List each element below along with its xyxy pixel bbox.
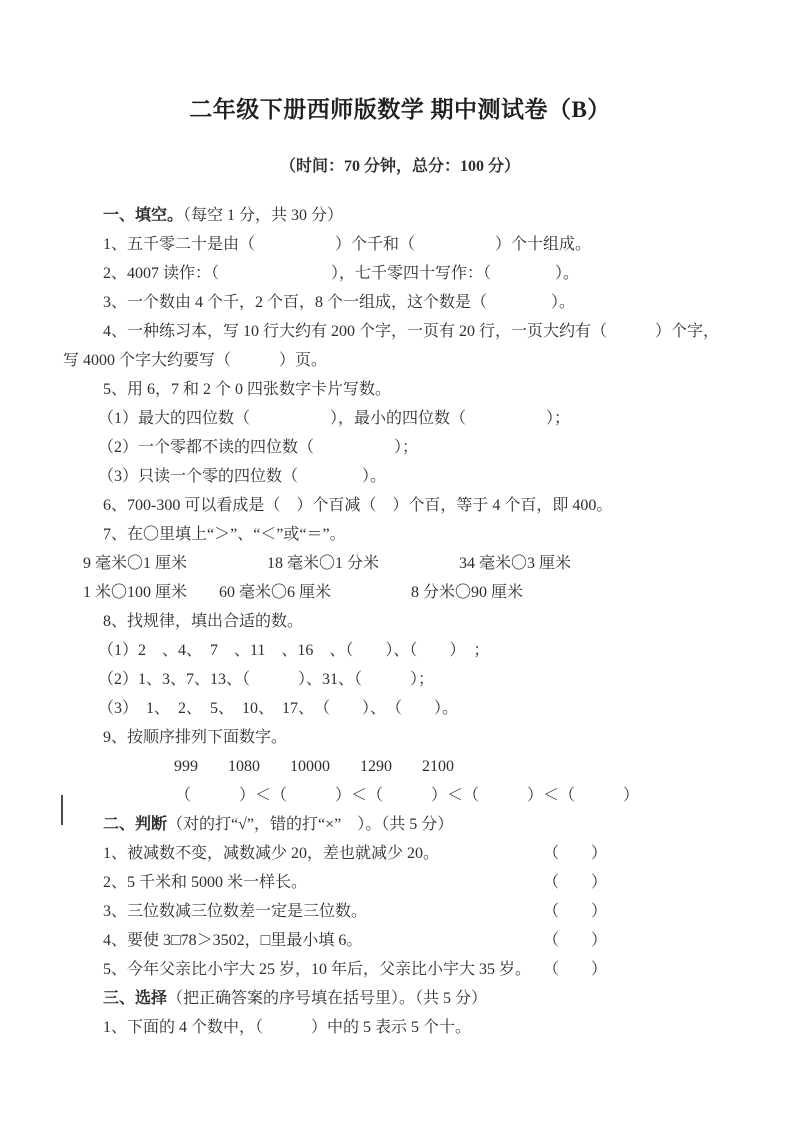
judge-item-4-text: 4、要使 3□78＞3502，□里最小填 6。 (103, 932, 362, 949)
fill-q6-line: 6、700-300 可以看成是（ ）个百减（ ）个百，等于 4 个百，即 400… (63, 491, 737, 520)
judge-item-1-answer-box: （ ） (543, 839, 607, 868)
fill-q8-line: 8、找规律，填出合适的数。 (63, 607, 737, 636)
section-judge-heading-note: （对的打“√”，错的打“×” ）。（共 5 分） (167, 816, 453, 833)
judge-item-5-text: 5、今年父亲比小宇大 25 岁，10 年后，父亲比小宇大 35 岁。 (103, 961, 531, 978)
judge-item-1: 1、被减数不变，减数减少 20，差也就减少 20。（ ） (63, 839, 737, 868)
number-to-sort: 2100 (422, 752, 454, 781)
paper-subtitle: （时间：70 分钟，总分：100 分） (63, 155, 737, 179)
judge-item-2-text: 2、5 千米和 5000 米一样长。 (103, 874, 307, 891)
fill-q4-line1: 4、一种练习本，写 10 行大约有 200 个字，一页有 20 行，一页大约有（… (63, 317, 737, 346)
fill-q8-sub3-line: （3） 1、 2、 5、 10、 17、 （ ）、 （ ）。 (63, 694, 737, 723)
paper-title: 二年级下册西师版数学 期中测试卷（B） (63, 94, 737, 125)
judge-item-4: 4、要使 3□78＞3502，□里最小填 6。（ ） (63, 926, 737, 955)
fill-q5-sub1-line: （1）最大的四位数（ ），最小的四位数（ ）； (63, 404, 737, 433)
number-to-sort: 999 (174, 752, 198, 781)
fill-q7-line: 7、在〇里填上“＞”、“＜”或“＝”。 (63, 520, 737, 549)
fill-q8-sub1-line: （1）2 、4、 7 、11 、16 、（ ）、（ ） ； (63, 636, 737, 665)
judge-item-2: 2、5 千米和 5000 米一样长。（ ） (63, 868, 737, 897)
section-fill-heading-label: 一、填空。 (103, 207, 183, 224)
judge-item-5-answer-box: （ ） (543, 955, 607, 984)
section-fill-heading-note: （每空 1 分，共 30 分） (183, 207, 343, 224)
fill-q7-compare-row1: 9 毫米〇1 厘米 18 毫米〇1 分米 34 毫米〇3 厘米 (63, 549, 737, 578)
fill-q4-line2: 写 4000 个字大约要写（ ）页。 (63, 346, 737, 375)
fill-q7-compare-row2: 1 米〇100 厘米 60 毫米〇6 厘米 8 分米〇90 厘米 (63, 578, 737, 607)
fill-q5-sub2-line: （2）一个零都不读的四位数（ ）； (63, 433, 737, 462)
number-to-sort: 10000 (290, 752, 330, 781)
number-to-sort: 1080 (228, 752, 260, 781)
test-paper-page: 二年级下册西师版数学 期中测试卷（B） （时间：70 分钟，总分：100 分） … (0, 0, 793, 1122)
fill-q9-order-row: （ ）＜（ ）＜（ ）＜（ ）＜（ ） (63, 781, 737, 810)
number-to-sort: 1290 (360, 752, 392, 781)
choice-q1-line: 1、下面的 4 个数中，（ ）中的 5 表示 5 个十。 (63, 1013, 737, 1042)
judge-item-3-answer-box: （ ） (543, 897, 607, 926)
fill-q3-line: 3、一个数由 4 个千，2 个百，8 个一组成，这个数是（ ）。 (63, 288, 737, 317)
section-choice-heading-note: （把正确答案的序号填在括号里）。（共 5 分） (167, 990, 487, 1007)
judge-item-2-answer-box: （ ） (543, 868, 607, 897)
judge-item-4-answer-box: （ ） (543, 926, 607, 955)
section-choice-heading-label: 三、选择 (103, 990, 167, 1007)
section-fill-heading: 一、填空。（每空 1 分，共 30 分） (63, 201, 737, 230)
fill-q9-line: 9、按顺序排列下面数字。 (63, 723, 737, 752)
fill-q9-numbers-row: 99910801000012902100 (63, 752, 737, 781)
judge-item-3-text: 3、三位数减三位数差一定是三位数。 (103, 903, 367, 920)
fill-q5-sub3-line: （3）只读一个零的四位数（ ）。 (63, 462, 737, 491)
fill-q2-line: 2、4007 读作：（ ），七千零四十写作：（ ）。 (63, 259, 737, 288)
fill-q5-line: 5、用 6，7 和 2 个 0 四张数字卡片写数。 (63, 375, 737, 404)
fill-q1-line: 1、五千零二十是由（ ）个千和（ ）个十组成。 (63, 230, 737, 259)
judge-item-1-text: 1、被减数不变，减数减少 20，差也就减少 20。 (103, 845, 439, 862)
fill-q8-sub2-line: （2）1、3、7、13、（ ）、31、（ ）； (63, 665, 737, 694)
section-judge-heading-label: 二、判断 (103, 816, 167, 833)
page-content: 二年级下册西师版数学 期中测试卷（B） （时间：70 分钟，总分：100 分） … (63, 0, 737, 1042)
section-choice-heading: 三、选择（把正确答案的序号填在括号里）。（共 5 分） (63, 984, 737, 1013)
paper-body: 一、填空。（每空 1 分，共 30 分） 1、五千零二十是由（ ）个千和（ ）个… (63, 201, 737, 1042)
judge-item-5: 5、今年父亲比小宇大 25 岁，10 年后，父亲比小宇大 35 岁。（ ） (63, 955, 737, 984)
judge-item-3: 3、三位数减三位数差一定是三位数。（ ） (63, 897, 737, 926)
section-judge-heading: 二、判断（对的打“√”，错的打“×” ）。（共 5 分） (63, 810, 737, 839)
